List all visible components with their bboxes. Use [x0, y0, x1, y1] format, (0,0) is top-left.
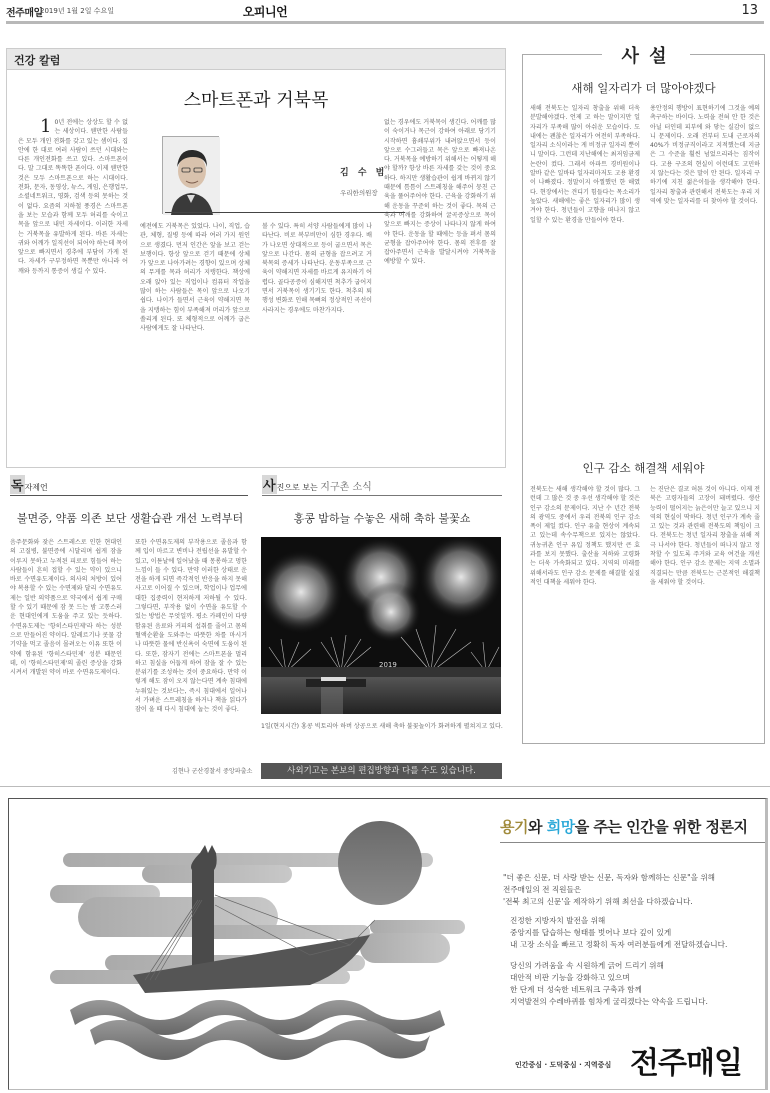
- editorial-title-2: 인구 감소 해결책 세워야: [522, 460, 765, 476]
- photo-news-label: 사진으로 보는 지구촌 소식: [262, 475, 372, 494]
- editorial-2-text-2: 는 진단은 결코 허튼 것이 아니다. 이제 전북은 고령자들의 고장이 돼버렸…: [650, 485, 760, 740]
- author-name: 김 수 범: [340, 165, 387, 178]
- section-divider: [0, 786, 770, 787]
- ad-brand-logo: 전주매일: [630, 1038, 742, 1082]
- section-title: 오피니언: [0, 3, 530, 20]
- health-column-label: 건강 칼럼: [14, 52, 60, 68]
- author-photo: [162, 136, 219, 214]
- editorial-title-1: 새해 일자리가 더 많아야겠다: [522, 80, 765, 96]
- fireworks-photo: 2019: [261, 537, 501, 714]
- photo-news-rule: [262, 495, 502, 496]
- fireworks-image-icon: 2019: [261, 537, 501, 714]
- health-column-text-4: 없는 경우에도 거북목이 생긴다. 어깨를 많이 숙이거나 목근이 강하여 아래…: [384, 118, 496, 463]
- reader-proposal-text-2: 또한 수면유도제의 부작용으로 졸음과 함께 입이 마르고 변비나 전립선을 유…: [135, 538, 247, 774]
- editorial-top-rule-right: [690, 54, 765, 55]
- editorial-top-rule-left: [522, 54, 602, 55]
- editorial-1-text-2: 용안정의 행방이 표현하기에 그것을 예의 촉구하는 바이다. 노력을 전혀 안…: [650, 104, 760, 436]
- health-column-label-bar: [6, 48, 506, 70]
- health-column-text-1: 1 0년 전에는 상상도 할 수 없는 세상이다. 웬만한 사람들은 모두 개인…: [18, 118, 128, 463]
- editorial-notice-banner: 사외기고는 본보의 편집방향과 다를 수도 있습니다.: [261, 763, 502, 779]
- reader-proposal-title: 불면증, 약품 의존 보단 생활습관 개선 노력부터: [10, 510, 250, 526]
- reader-proposal-rule: [10, 495, 248, 496]
- ad-illustration: [30, 805, 470, 1069]
- editorial-label: 사 설: [600, 42, 690, 68]
- dropcap: 1: [40, 119, 51, 135]
- ad-headline: 용기와 희망을 주는 인간을 위한 정론지: [500, 816, 747, 837]
- page-number: 13: [741, 3, 758, 18]
- ad-slogan: 인간중심 · 도덕중심 · 지역중심: [515, 1060, 611, 1070]
- svg-text:2019: 2019: [379, 661, 397, 669]
- header-rule: [6, 21, 764, 24]
- reader-proposal-byline: 김현나 군산경찰서 중앙파출소: [172, 766, 252, 775]
- author-rule: [165, 212, 405, 213]
- photo-news-title: 홍콩 밤하늘 수놓은 새해 축하 불꽃쇼: [262, 510, 502, 526]
- ad-headline-rule: [500, 842, 765, 843]
- author-portrait-icon: [163, 137, 220, 215]
- ad-paragraph-3: 당신의 가려움을 속 시원하게 긁어 드리기 위해 대안적 비판 기능을 강화하…: [510, 960, 708, 1008]
- editorial-2-text-1: 전북도는 새해 생각해야 할 것이 많다. 그런데 그 많은 것 중 우선 생각…: [530, 485, 640, 740]
- reader-proposal-text-1: 음주문화와 잦은 스트레스로 인한 현대인의 고질병, 불면증에 시달리며 쉽게…: [10, 538, 122, 783]
- health-column-text-2: 예전에도 거북목은 있었다. 나이, 직업, 습관, 체형, 질병 등에 따라 …: [140, 222, 250, 462]
- ad-paragraph-2: 진정한 지방자치 발전을 위해 중앙지를 답습하는 형태를 벗어나 보다 깊이 …: [510, 915, 727, 951]
- reader-proposal-label: 독자제언: [10, 475, 48, 494]
- photo-caption: 1일(현지시간) 홍콩 빅토리아 하버 상공으로 새해 축하 불꽃놀이가 화려하…: [261, 722, 503, 732]
- author-title: 우리한의원장: [340, 188, 378, 197]
- editorial-1-text-1: 새해 전북도는 일자리 창출을 위해 더욱 분발해야겠다. 언제 고 하는 말이…: [530, 104, 640, 436]
- health-column-text-3: 볼 수 있다. 특히 서양 사람들에게 많이 나타난다. 비로 복부비만이 심한…: [262, 222, 372, 462]
- pen-ship-illustration-icon: [30, 805, 470, 1065]
- ad-paragraph-1: "더 좋은 신문, 더 사랑 받는 신문, 독자와 함께하는 신문"을 위해 전…: [503, 872, 715, 908]
- health-column-title: 스마트폰과 거북목: [6, 86, 506, 112]
